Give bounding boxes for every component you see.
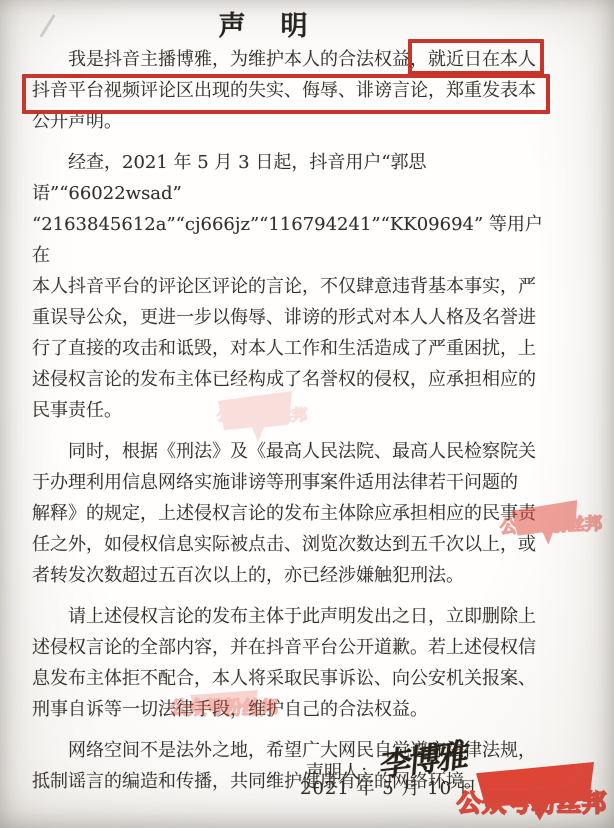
paragraph: 经查，2021 年 5 月 3 日起，抖音用户“郭思语”“66022wsad”“…	[32, 147, 548, 426]
paragraph-line: 我是抖音主播博雅，为维护本人的合法权益，就近日在本人	[32, 44, 548, 75]
paragraph-line: 同时，根据《刑法》及《最高人民法院、最高人民检察院关	[32, 436, 548, 467]
paragraph-line: 请上述侵权言论的发布主体于此声明发出之日，立即删除上	[32, 601, 548, 632]
paragraph-line: 民事责任。	[32, 395, 548, 426]
paragraph-line: 重误导公众，更进一步以侮辱、诽谤的形式对本人人格及名誉进	[32, 302, 548, 333]
statement-document: 声 明 我是抖音主播博雅，为维护本人的合法权益，就近日在本人抖音平台视频评论区出…	[0, 0, 614, 828]
paragraph-line: 于办理利用信息网络实施诽谤等刑事案件适用法律若干问题的	[32, 467, 548, 498]
paragraph-line: 抖音平台视频评论区出现的失实、侮辱、诽谤言论，郑重发表本	[32, 75, 548, 106]
paragraph-line: 任之外，如侵权信息实际被点击、浏览次数达到五千次以上，或	[32, 529, 548, 560]
paragraph-line: 解释》的规定，上述侵权言论的发布主体除应承担相应的民事责	[32, 498, 548, 529]
paragraph-line: 刑事自诉等一切法律手段，维护自己的合法权益。	[32, 694, 548, 725]
paragraph-line: 者转发次数超过五百次以上的，亦已经涉嫌触犯刑法。	[32, 560, 548, 591]
paragraph-line: “2163845612a”“cj666jz”“116794241”“KK0969…	[32, 209, 548, 271]
paragraph-line: 本人抖音平台的评论区评论的言论，不仅肆意违背基本事实，严	[32, 271, 548, 302]
paragraph-line: 网络空间不是法外之地，希望广大网民自觉遵守法律法规，	[32, 735, 548, 766]
document-title: 声 明	[0, 4, 530, 43]
paragraph-line: 息发布主体拒不配合，本人将采取民事诉讼、向公安机关报案、	[32, 663, 548, 694]
paragraph-line: 经查，2021 年 5 月 3 日起，抖音用户“郭思语”“66022wsad”	[32, 147, 548, 209]
statement-date: 2021 年 5 月 10 日	[300, 774, 478, 800]
paragraph-line: 公开声明。	[32, 106, 548, 137]
paragraph-line: 行了直接的攻击和诋毁，对本人工作和生活造成了严重困扰，上	[32, 333, 548, 364]
paragraph: 请上述侵权言论的发布主体于此声明发出之日，立即删除上述侵权言论的全部内容，并在抖…	[32, 601, 548, 725]
paragraph-line: 述侵权言论的发布主体已经构成了名誉权的侵权，应承担相应的	[32, 364, 548, 395]
paragraph: 我是抖音主播博雅，为维护本人的合法权益，就近日在本人抖音平台视频评论区出现的失实…	[32, 44, 548, 137]
statement-body: 我是抖音主播博雅，为维护本人的合法权益，就近日在本人抖音平台视频评论区出现的失实…	[32, 44, 548, 807]
paragraph-line: 述侵权言论的全部内容，并在抖音平台公开道歉。若上述侵权信	[32, 632, 548, 663]
paragraph: 同时，根据《刑法》及《最高人民法院、最高人民检察院关于办理利用信息网络实施诽谤等…	[32, 436, 548, 591]
